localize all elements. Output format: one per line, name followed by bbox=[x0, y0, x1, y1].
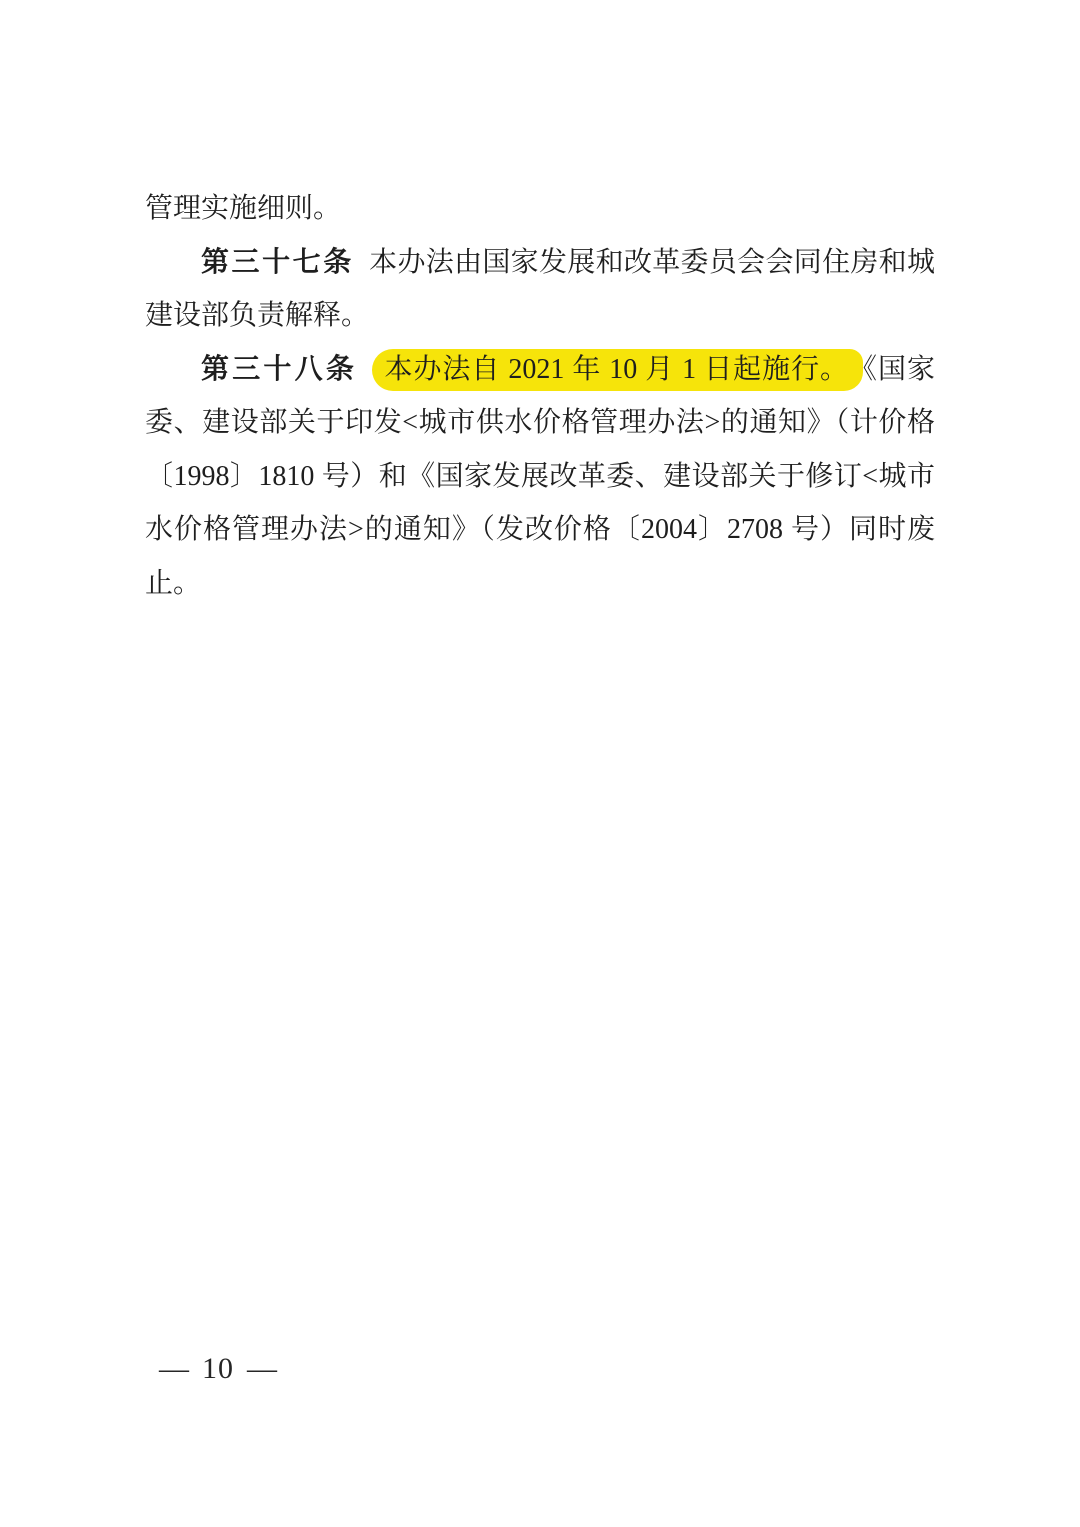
highlighted-text: 本办法自 2021 年 10 月 1 日起施行。 bbox=[372, 349, 863, 391]
document-body: 管理实施细则。 第三十七条本办法由国家发展和改革委员会会同住房和城乡 建设部负责… bbox=[145, 182, 935, 610]
paragraph-end-line: 止。 bbox=[145, 557, 935, 611]
article-38-line: 第三十八条本办法自 2021 年 10 月 1 日起施行。《国家计 bbox=[145, 343, 935, 397]
article-38-continuation-line: 〔1998〕1810 号）和《国家发展改革委、建设部关于修订<城市供 bbox=[145, 450, 935, 504]
page-footer: — 10 — bbox=[159, 1352, 277, 1386]
article-38-continuation-line: 委、建设部关于印发<城市供水价格管理办法>的通知》（计价格 bbox=[145, 396, 935, 450]
article-38-continuation-line: 水价格管理办法>的通知》（发改价格〔2004〕2708 号）同时废 bbox=[145, 503, 935, 557]
paragraph-end-line: 管理实施细则。 bbox=[145, 182, 935, 236]
page-number: 10 bbox=[202, 1352, 234, 1386]
footer-dash-left: — bbox=[159, 1352, 189, 1386]
article-37-number: 第三十七条 bbox=[201, 247, 354, 278]
article-38-number: 第三十八条 bbox=[201, 354, 357, 385]
article-37-line: 第三十七条本办法由国家发展和改革委员会会同住房和城乡 bbox=[145, 236, 935, 290]
footer-dash-right: — bbox=[247, 1352, 277, 1386]
article-37-continuation-line: 建设部负责解释。 bbox=[145, 289, 935, 343]
document-page: 管理实施细则。 第三十七条本办法由国家发展和改革委员会会同住房和城乡 建设部负责… bbox=[0, 0, 1080, 1527]
